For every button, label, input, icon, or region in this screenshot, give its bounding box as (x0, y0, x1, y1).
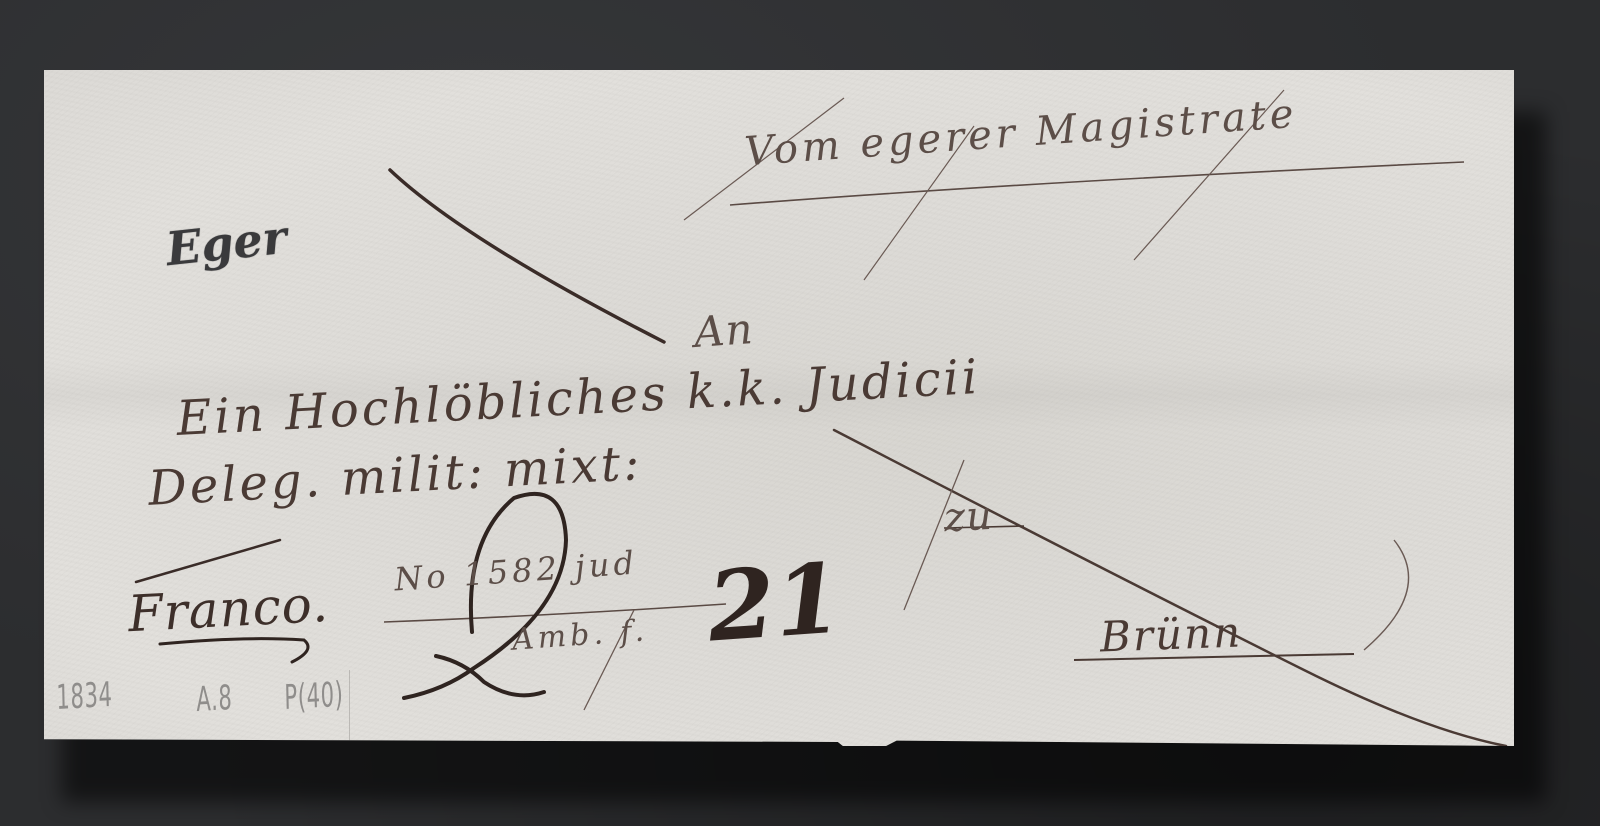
address-preposition: zu (943, 493, 994, 541)
vertical-fold (349, 670, 350, 746)
franco-marking: Franco. (127, 575, 330, 643)
postage-rate: 21 (704, 541, 845, 663)
address-salutation: An (692, 304, 755, 357)
address-city: Brünn (1099, 608, 1243, 662)
